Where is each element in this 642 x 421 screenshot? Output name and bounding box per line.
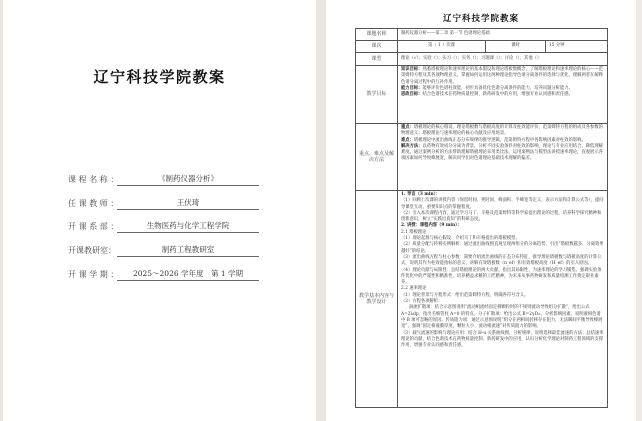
- row-topic: 课题名称 制药仪器分析——第二章 第一节 色谱理论基础: [356, 29, 608, 41]
- cover-page: 辽宁科技学院教案 课程名称： 《制药仪器分析》 任课教师： 王伏琦 开课系部： …: [3, 0, 316, 421]
- lesson-plan-table: 课题名称 制药仪器分析——第二章 第一节 色谱理论基础 课次 第（ 1 ）次课 …: [355, 28, 608, 408]
- paragraph: （3）流出曲线方程与柱心参数：简要介绍流出曲线的正态分布特征，推导理论塔板数与塔…: [401, 255, 604, 268]
- ideology-label: 思政目标：: [401, 92, 422, 97]
- paragraph: （4）理论贡献与局限性：总结塔板理论的两大贡献，指出其局限性，为速率理论的学习铺…: [401, 268, 604, 287]
- vertical-scrollbar[interactable]: [636, 0, 642, 421]
- field-value: 制药工程教研室: [117, 245, 259, 257]
- type-value: 理论（√）；实验（）；实习（）；实务（）；习题课（）；讨论（）；其他（）: [398, 53, 608, 66]
- row-goals: 教学目标 知识目标：熟悉塔板理论和速率理论的基本假设和理论塔板数概念，了解塔板理…: [356, 66, 608, 124]
- focus-text: 塔板理论的核心假设、理论塔板数与塔板高度的计算及柱效能评价，范第姆特方程的组成及…: [401, 125, 603, 136]
- row-design: 教学基本内容与教学设计 1. 导言（3 min）： （1）回顾上次课的讲授内容（…: [356, 191, 608, 408]
- cover-title: 辽宁科技学院教案: [3, 66, 316, 87]
- field-label: 课程名称：: [68, 174, 121, 185]
- key-label: 重点、难点及解决方法: [356, 124, 398, 191]
- field-value: 王伏琦: [117, 198, 259, 210]
- field-department: 开课系部： 生物医药与化学工程学院: [68, 221, 268, 235]
- plan-title: 辽宁科技学院教案: [326, 12, 636, 24]
- ideology-text: 结合色谱技术在药物质量控制、新药研发中的应用，增强专业认同感和责任感。: [422, 92, 572, 97]
- paragraph: 涡流扩散项：结合示意图说明“流动相流经固定相颗粒时的不规则流动导致组分扩散”，给…: [401, 305, 604, 330]
- field-label: 开课学期：: [68, 269, 121, 280]
- knowledge-label: 知识目标：: [401, 67, 422, 72]
- field-teacher: 任课教师： 王伏琦: [68, 198, 268, 212]
- ability-text: 能够评价色谱柱效能，初步具备优化色谱分离条件的能力，培养问题分析能力。: [422, 86, 572, 91]
- design-label: 教学基本内容与教学设计: [356, 191, 398, 408]
- row-type: 课型 理论（√）；实验（）；实习（）；实务（）；习题课（）；讨论（）；其他（）: [356, 53, 608, 66]
- field-semester: 开课学期： 2025～2026 学年度 第 1 学期: [68, 269, 268, 283]
- paragraph: （1）回顾上次课的讲授内容（保留时间、死时间、峰面积、半峰宽等定义、表示方法和计…: [401, 198, 604, 211]
- difficulty-label: 难点：: [401, 138, 414, 143]
- design-content: 1. 导言（3 min）： （1）回顾上次课的讲授内容（保留时间、死时间、峰面积…: [398, 191, 608, 408]
- paragraph: （2）引入本次课程内容，通过学习马丁、辛格及范第姆特等科学家提出理论的过程，培养…: [401, 211, 604, 224]
- hours-label: 课时: [486, 41, 546, 53]
- goals-content: 知识目标：熟悉塔板理论和速率理论的基本假设和理论塔板数概念，了解塔板理论和速率理…: [398, 66, 608, 124]
- difficulty-text: 塔板理论中流出曲线正态分布规律的推导逻辑，范第姆特方程中各影响因素对柱效的影响。: [414, 138, 586, 143]
- knowledge-text: 熟悉塔板理论和速率理论的基本假设和理论塔板数概念，了解塔板理论和速率理论的核心—…: [401, 67, 603, 85]
- hours-value: 15 分钟: [546, 41, 608, 53]
- field-value: 2025～2026 学年度 第 1 学期: [117, 269, 259, 281]
- paragraph: （2）质量分配与转移实例解析：通过流出曲线图直观呈现两组分的分离趋势，引出“塔板…: [401, 242, 604, 255]
- field-value: 生物医药与化学工程学院: [117, 221, 259, 233]
- document-viewer: 辽宁科技学院教案 课程名称： 《制药仪器分析》 任课教师： 王伏琦 开课系部： …: [0, 0, 642, 421]
- field-label: 开课教研室：: [68, 245, 116, 256]
- field-value: 《制药仪器分析》: [117, 174, 259, 186]
- type-label: 课型: [356, 53, 398, 66]
- row-key-points: 重点、难点及解决方法 重点：塔板理论的核心假设、理论塔板数与塔板高度的计算及柱效…: [356, 124, 608, 191]
- field-label: 任课教师：: [68, 198, 121, 209]
- ability-label: 能力目标：: [401, 86, 422, 91]
- field-course-name: 课程名称： 《制药仪器分析》: [68, 174, 268, 188]
- field-label: 开课系部：: [68, 221, 121, 232]
- session-label: 课次: [356, 41, 398, 53]
- paragraph: （3）载气流速的影响与理论应用：结合 H-u 关系曲线图，分析规律，说明选择最佳…: [401, 331, 604, 350]
- goals-label: 教学目标: [356, 66, 398, 124]
- field-teaching-office: 开课教研室： 制药工程教研室: [68, 245, 268, 259]
- topic-label: 课题名称: [356, 29, 398, 41]
- topic-value: 制药仪器分析——第二章 第一节 色谱理论基础: [398, 29, 608, 41]
- solution-label: 解决方法：: [401, 144, 422, 149]
- focus-label: 重点：: [401, 125, 414, 130]
- row-session: 课次 第（ 1 ）次课 课时 15 分钟: [356, 41, 608, 53]
- solution-text: 以药物有效成分分离为背景，分析不同实验条件对柱效的影响，理论与专业应用结合，降低…: [401, 144, 603, 162]
- key-content: 重点：塔板理论的核心假设、理论塔板数与塔板高度的计算及柱效能评价，范第姆特方程的…: [398, 124, 608, 191]
- session-value: 第（ 1 ）次课: [398, 41, 486, 53]
- lesson-plan-page: 辽宁科技学院教案 课题名称 制药仪器分析——第二章 第一节 色谱理论基础 课次 …: [326, 0, 636, 421]
